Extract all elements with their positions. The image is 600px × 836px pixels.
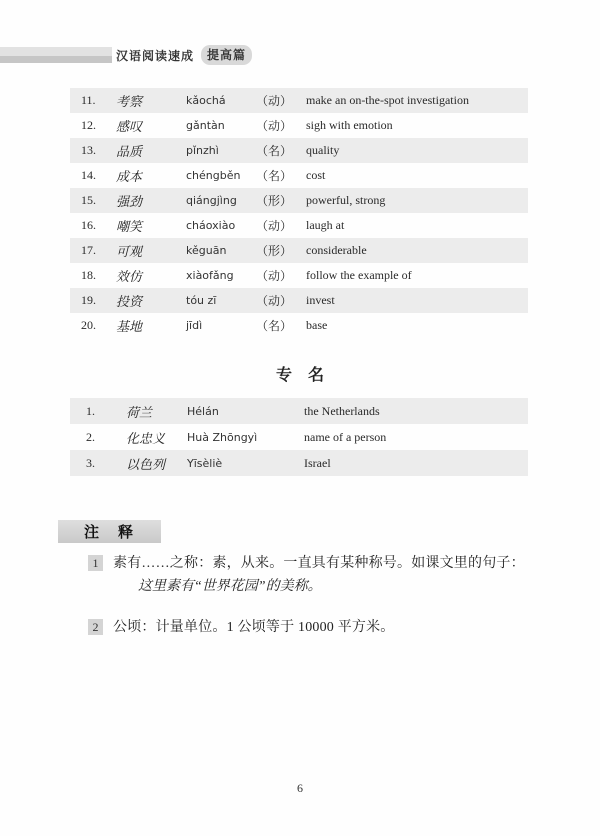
proper-noun-row: 1. 荷兰 Hélán the Netherlands [70,398,528,424]
vocab-number: 18. [70,268,116,283]
vocab-number: 13. [70,143,116,158]
vocab-row: 14. 成本 chéngběn （名） cost [70,163,528,188]
note-head: 1 素有……之称：素，从来。一直具有某种称号。如课文里的句子： [88,553,528,574]
header-bar-light [0,47,112,56]
vocab-row: 15. 强劲 qiángjìng （形） powerful, strong [70,188,528,213]
vocab-pinyin: chéngběn [186,169,256,182]
vocab-row: 20. 基地 jīdì （名） base [70,313,528,338]
proper-noun-meaning: name of a person [304,430,528,445]
notes-list: 1 素有……之称：素，从来。一直具有某种称号。如课文里的句子： 这里素有“世界花… [88,553,528,660]
vocab-word: 强劲 [116,191,186,210]
vocab-row: 19. 投资 tóu zī （动） invest [70,288,528,313]
proper-noun-pinyin: Huà Zhōngyì [187,431,304,444]
vocab-number: 11. [70,93,116,108]
vocab-pinyin: cháoxiào [186,219,256,232]
vocab-number: 12. [70,118,116,133]
note-number-badge: 2 [88,619,103,635]
proper-noun-pinyin: Yīsèliè [187,457,304,470]
vocab-word: 成本 [116,166,186,185]
vocab-word: 嘲笑 [116,216,186,235]
proper-nouns-table: 1. 荷兰 Hélán the Netherlands 2. 化忠义 Huà Z… [70,398,528,476]
running-head: 汉语阅读速成 提高篇 [116,45,252,65]
vocab-part-of-speech: （形） [256,192,306,209]
vocab-part-of-speech: （动） [256,267,306,284]
vocab-part-of-speech: （名） [256,317,306,334]
proper-noun-number: 1. [70,404,126,419]
book-volume-badge: 提高篇 [201,45,252,65]
vocab-number: 17. [70,243,116,258]
note-example-sentence: 这里素有“世界花园”的美称。 [138,575,528,595]
vocab-meaning: invest [306,293,528,308]
vocab-pinyin: kǎochá [186,94,256,107]
note-text: 公顷：计量单位。1 公顷等于 10000 平方米。 [113,617,395,638]
vocab-part-of-speech: （名） [256,142,306,159]
notes-section-title: 注 释 [58,520,161,543]
vocab-word: 品质 [116,141,186,160]
note-head: 2 公顷：计量单位。1 公顷等于 10000 平方米。 [88,617,528,638]
vocab-row: 13. 品质 pǐnzhì （名） quality [70,138,528,163]
vocab-pinyin: xiàofǎng [186,269,256,282]
vocab-part-of-speech: （动） [256,117,306,134]
proper-nouns-title: 专 名 [0,362,600,385]
note-text: 素有……之称：素，从来。一直具有某种称号。如课文里的句子： [113,553,525,574]
proper-noun-row: 3. 以色列 Yīsèliè Israel [70,450,528,476]
book-page: 汉语阅读速成 提高篇 11. 考察 kǎochá （动） make an on-… [0,0,600,836]
proper-noun-word: 化忠义 [126,428,187,447]
vocab-meaning: considerable [306,243,528,258]
note-item: 1 素有……之称：素，从来。一直具有某种称号。如课文里的句子： 这里素有“世界花… [88,553,528,595]
page-number: 6 [0,781,600,796]
vocab-meaning: powerful, strong [306,193,528,208]
vocab-word: 投资 [116,291,186,310]
vocab-pinyin: jīdì [186,319,256,332]
vocab-meaning: make an on-the-spot investigation [306,93,528,108]
vocab-pinyin: gǎntàn [186,119,256,132]
vocab-word: 效仿 [116,266,186,285]
proper-noun-word: 以色列 [126,454,187,473]
vocab-pinyin: qiángjìng [186,194,256,207]
vocab-part-of-speech: （动） [256,92,306,109]
header-decoration-bars [0,47,112,63]
vocab-meaning: sigh with emotion [306,118,528,133]
proper-noun-row: 2. 化忠义 Huà Zhōngyì name of a person [70,424,528,450]
vocab-pinyin: tóu zī [186,294,256,307]
proper-noun-pinyin: Hélán [187,405,304,418]
vocab-pinyin: kěguān [186,244,256,257]
vocab-part-of-speech: （形） [256,242,306,259]
vocabulary-table: 11. 考察 kǎochá （动） make an on-the-spot in… [70,88,528,338]
vocab-number: 19. [70,293,116,308]
vocab-part-of-speech: （动） [256,217,306,234]
vocab-meaning: base [306,318,528,333]
vocab-number: 16. [70,218,116,233]
proper-noun-meaning: Israel [304,456,528,471]
vocab-word: 基地 [116,316,186,335]
proper-noun-number: 3. [70,456,126,471]
vocab-row: 12. 感叹 gǎntàn （动） sigh with emotion [70,113,528,138]
vocab-word: 可观 [116,241,186,260]
book-title: 汉语阅读速成 [116,47,194,64]
proper-noun-number: 2. [70,430,126,445]
vocab-meaning: follow the example of [306,268,528,283]
proper-noun-word: 荷兰 [126,402,187,421]
note-item: 2 公顷：计量单位。1 公顷等于 10000 平方米。 [88,617,528,638]
vocab-row: 17. 可观 kěguān （形） considerable [70,238,528,263]
proper-noun-meaning: the Netherlands [304,404,528,419]
vocab-word: 感叹 [116,116,186,135]
note-number-badge: 1 [88,555,103,571]
vocab-number: 15. [70,193,116,208]
vocab-meaning: cost [306,168,528,183]
vocab-meaning: laugh at [306,218,528,233]
vocab-pinyin: pǐnzhì [186,144,256,157]
vocab-row: 16. 嘲笑 cháoxiào （动） laugh at [70,213,528,238]
vocab-row: 11. 考察 kǎochá （动） make an on-the-spot in… [70,88,528,113]
vocab-part-of-speech: （动） [256,292,306,309]
header-bar-dark [0,56,112,63]
vocab-number: 20. [70,318,116,333]
vocab-row: 18. 效仿 xiàofǎng （动） follow the example o… [70,263,528,288]
vocab-meaning: quality [306,143,528,158]
vocab-number: 14. [70,168,116,183]
vocab-word: 考察 [116,91,186,110]
vocab-part-of-speech: （名） [256,167,306,184]
